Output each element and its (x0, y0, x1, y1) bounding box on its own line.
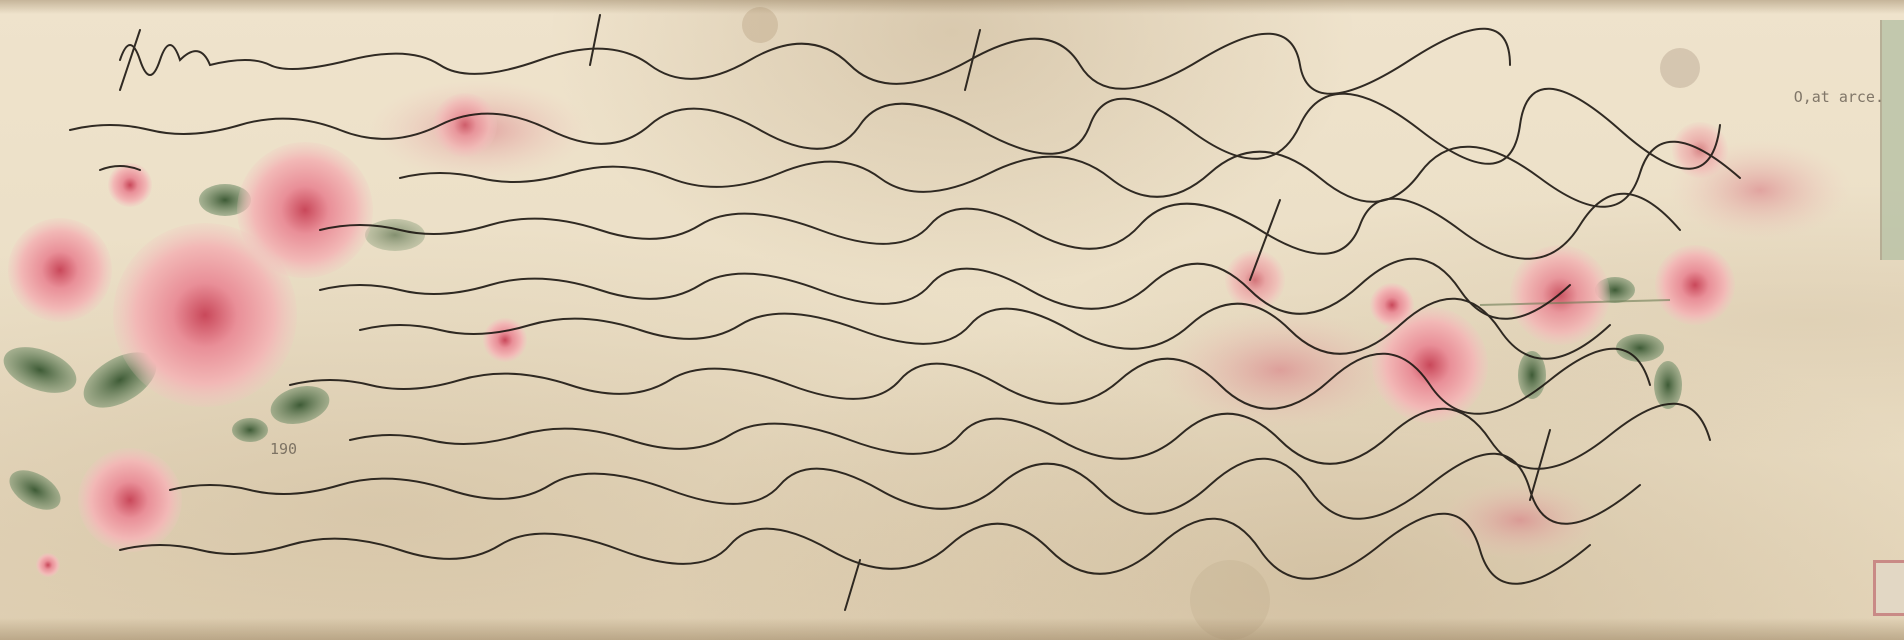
printed-postmark-text: O,at arce. (1794, 88, 1884, 106)
cursive-handwriting (0, 0, 1904, 640)
printed-number: 190 (270, 440, 297, 458)
vintage-paper: O,at arce. 190 (0, 0, 1904, 640)
